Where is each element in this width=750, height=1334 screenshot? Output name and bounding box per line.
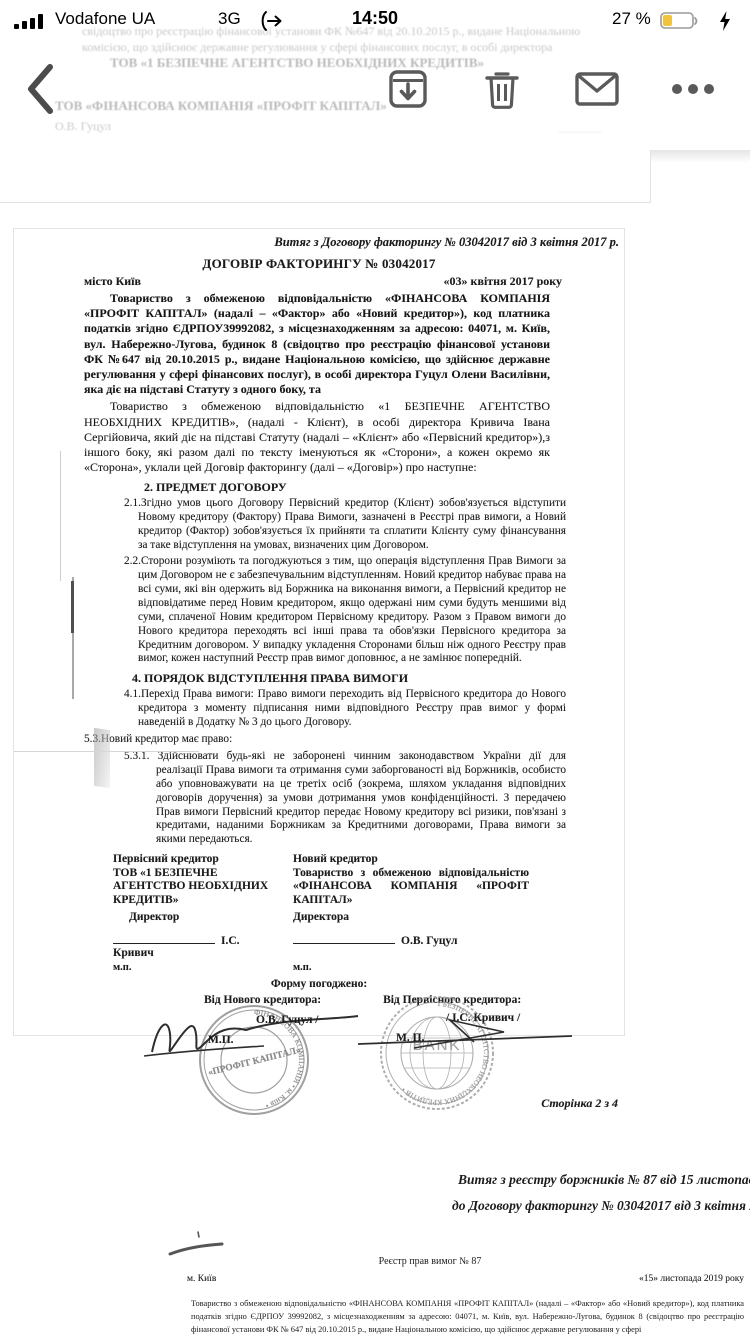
stamp-right-mp: М. П. xyxy=(396,1032,424,1044)
registry-extract-note-2: до Договору факторингу № 03042017 від 3 … xyxy=(452,1198,750,1214)
scan-shadow xyxy=(94,728,110,788)
party-paragraph-factor: Товариство з обмеженою відповідальністю … xyxy=(84,291,550,397)
contract-title: ДОГОВІР ФАКТОРИНГУ № 03042017 xyxy=(14,256,624,272)
seal-place-label: м.п. xyxy=(113,962,277,973)
more-actions-button[interactable] xyxy=(663,44,723,134)
mail-reply-button[interactable] xyxy=(567,44,627,134)
extract-note: Витяг з Договору факторингу № 03042017 в… xyxy=(14,235,619,250)
chevron-left-icon xyxy=(23,61,57,117)
signature-line xyxy=(113,943,215,944)
new-creditor-company: Товариство з обмеженою відповідальністю … xyxy=(293,867,529,907)
stamp-right-signer-name: / І.С. Кривич / xyxy=(446,1012,520,1024)
delete-button[interactable] xyxy=(472,44,532,134)
scan-seam xyxy=(14,751,199,752)
battery-percent-label: 27 % xyxy=(612,9,651,29)
clause-paragraph: 2.1.Згідно умов цього Договору Первісний… xyxy=(124,497,566,553)
first-creditor-role: Первісний кредитор xyxy=(113,853,285,866)
back-button[interactable] xyxy=(10,44,70,134)
contract-date: «03» квітня 2017 року xyxy=(444,274,562,289)
scan-seam xyxy=(71,581,74,633)
registry-city: м. Київ xyxy=(187,1274,216,1284)
signature-left-ink xyxy=(134,1006,374,1066)
first-creditor-signer: І.С. Кривич xyxy=(113,935,240,959)
registry-paragraph: Товариство з обмеженою відповідальністю … xyxy=(191,1298,744,1334)
battery-icon xyxy=(660,12,694,28)
stamp-left-mp: М.П. xyxy=(208,1034,234,1046)
new-creditor-signer: О.В. Гуцул xyxy=(401,935,457,947)
download-attachment-button[interactable] xyxy=(378,44,438,134)
registry-date: «15» листопада 2019 року xyxy=(639,1274,744,1284)
signature-line xyxy=(293,943,395,944)
ellipsis-icon xyxy=(671,83,715,95)
scan-seam xyxy=(60,451,61,581)
status-bar: Vodafone UA 3G 14:50 27 % xyxy=(0,0,750,44)
first-creditor-company: ТОВ «1 БЕЗПЕЧНЕ АГЕНТСТВО НЕОБХІДНИХ КРЕ… xyxy=(113,867,285,907)
attachment-toolbar xyxy=(0,44,750,150)
contract-page: Витяг з Договору факторингу № 03042017 в… xyxy=(13,228,625,1036)
trash-icon xyxy=(484,69,520,109)
section-4-heading: 4. ПОРЯДОК ВІДСТУПЛЕННЯ ПРАВА ВИМОГИ xyxy=(132,671,624,686)
new-creditor-role: Новий кредитор xyxy=(293,853,529,866)
contract-city: місто Київ xyxy=(84,274,141,289)
registry-title: Реєстр прав вимог № 87 xyxy=(300,1256,560,1267)
clause-paragraph: 5.3.1. Здійснювати будь-які не заборонен… xyxy=(124,750,566,847)
clause-paragraph: 5.3.Новий кредитор має право: xyxy=(84,733,566,747)
pen-mark xyxy=(162,1228,232,1260)
new-creditor-title: Директора xyxy=(293,911,533,923)
seal-place-label: м.п. xyxy=(293,962,533,973)
mail-attachment-viewer[interactable]: свідоцтво про реєстрацію фінансової уста… xyxy=(0,0,750,1334)
envelope-icon xyxy=(575,72,619,106)
first-creditor-title: Директор xyxy=(129,911,293,923)
registry-extract-note-1: Витяг з реєстру боржників № 87 від 15 ли… xyxy=(458,1172,750,1188)
party-paragraph-client: Товариство з обмеженою відповідальністю … xyxy=(84,399,550,475)
form-agreed-label: Форму погоджено: xyxy=(14,978,624,990)
clause-paragraph: 2.2.Сторони розуміють та погоджуються з … xyxy=(124,555,566,666)
download-icon xyxy=(388,69,428,109)
stamp-left-signer-name: О.В. Гуцул / xyxy=(256,1014,318,1026)
stamps-and-signatures: ФІНАНСОВА КОМПАНІЯ • м. Київ • «ПРОФІТ К… xyxy=(14,1006,624,1094)
previous-page-fragment xyxy=(0,150,651,203)
charging-bolt-icon xyxy=(718,10,732,37)
section-2-heading: 2. ПРЕДМЕТ ДОГОВОРУ xyxy=(144,480,624,495)
clause-paragraph: 4.1.Перехід Права вимоги: Право вимоги п… xyxy=(124,688,566,730)
